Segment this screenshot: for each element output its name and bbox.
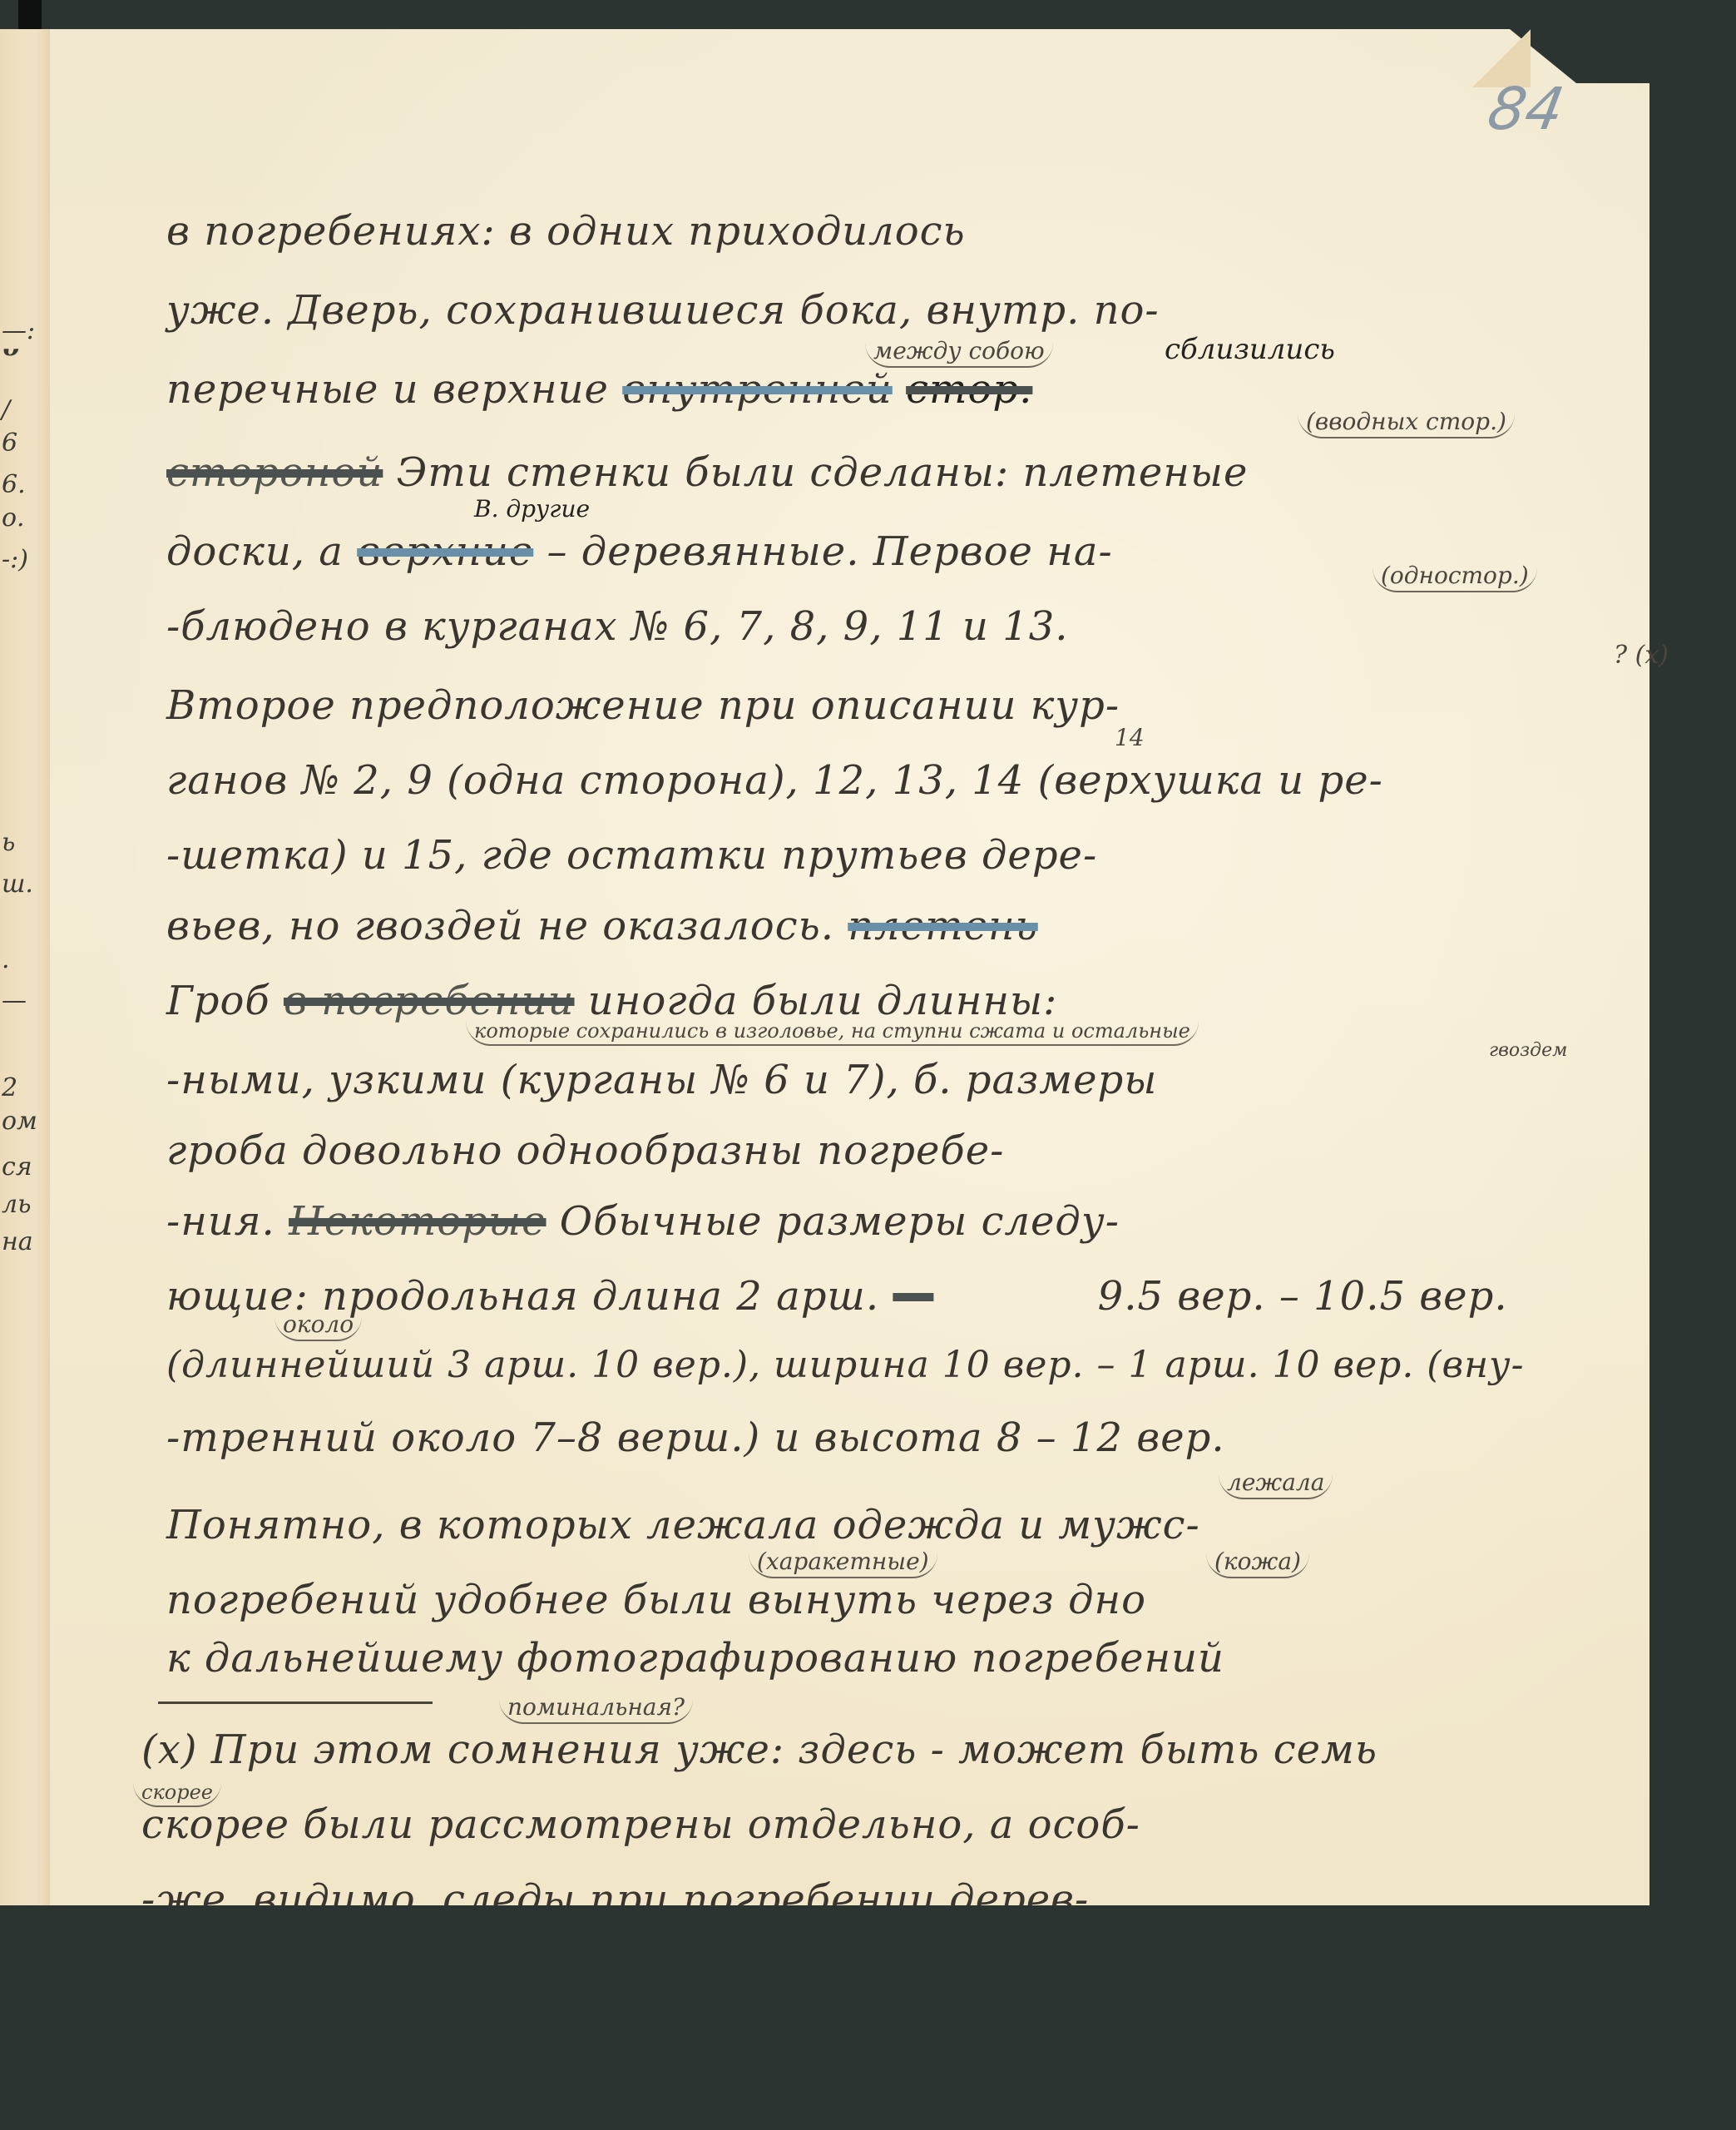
margin-fragment: ся: [2, 1152, 32, 1181]
margin-fragment: ль: [2, 1190, 31, 1219]
margin-fragment: ·: [2, 953, 10, 982]
struck-text: стороной: [166, 449, 383, 496]
line-text: скорее были рассмотрены отдельно, а особ…: [141, 1801, 1140, 1848]
line-text: Обычные размеры следу-: [560, 1198, 1120, 1245]
folio-number: 84: [1483, 75, 1570, 143]
manuscript-line: ганов № 2, 9 (одна сторона), 12, 13, 14 …: [166, 757, 1383, 804]
insertion-note: лежала: [1219, 1469, 1333, 1499]
margin-fragment: на: [2, 1227, 33, 1256]
line-text: (x) При этом сомнения уже: здесь - может…: [141, 1726, 1377, 1773]
line-text: 9.5 вер. – 10.5 вер.: [1098, 1273, 1508, 1320]
line-text: -ными, узкими (курганы № 6 и 7), б. разм…: [166, 1057, 1157, 1103]
line-text: иногда были длинны:: [588, 978, 1058, 1024]
struck-text: стор.: [906, 366, 1032, 413]
insertion-note: (кожа): [1206, 1548, 1309, 1578]
margin-fragment: о.: [2, 503, 25, 532]
manuscript-line: Гроб в погребении иногда были длинны:: [166, 978, 1057, 1024]
line-text: к дальнейшему фотографированию погребени…: [166, 1635, 1224, 1682]
line-text: -шетка) и 15, где остатки прутьев дере-: [166, 832, 1097, 879]
footnote-separator: [158, 1702, 433, 1704]
insertion-note: (харакетные): [749, 1548, 937, 1578]
margin-fragment: ом: [2, 1107, 37, 1136]
footnote-line: скорее были рассмотрены отдельно, а особ…: [141, 1801, 1140, 1848]
previous-page-margin: —: ᴗ / 6 6. о. -:) ь ш. · — 2 ом ся ль н…: [0, 29, 53, 2009]
insertion-note: которые сохранились в изголовье, на ступ…: [466, 1019, 1199, 1046]
struck-text: внутренней: [622, 366, 893, 413]
manuscript-line: стороной Эти стенки были сделаны: плетен…: [166, 449, 1248, 496]
scan-background-bottom: [0, 1905, 1736, 2130]
manuscript-line: -блюдено в курганах № 6, 7, 8, 9, 11 и 1…: [166, 603, 1069, 650]
margin-fragment: -:): [2, 545, 28, 574]
insertion-note: поминальная?: [499, 1693, 693, 1724]
line-text: Эти стенки были сделаны: плетеные: [397, 449, 1249, 496]
margin-fragment: /: [2, 395, 10, 424]
insertion-note: сблизились: [1156, 333, 1343, 368]
margin-fragment: ᴗ: [2, 333, 18, 362]
line-text: (длиннейший 3 арш. 10 вер.), ширина 10 в…: [166, 1344, 1524, 1386]
line-text: Гроб: [166, 978, 270, 1024]
manuscript-line: -ными, узкими (курганы № 6 и 7), б. разм…: [166, 1057, 1157, 1103]
manuscript-line: -ния. Некоторые Обычные размеры следу-: [166, 1198, 1120, 1245]
manuscript-line: перечные и верхние внутренней стор.: [166, 366, 1032, 413]
line-text: Второе предположение при описании кур-: [166, 682, 1120, 729]
insertion-note: (вводных стор.): [1298, 408, 1515, 438]
manuscript-line: доски, а верхние – деревянные. Первое на…: [166, 528, 1113, 575]
manuscript-line: (длиннейший 3 арш. 10 вер.), ширина 10 в…: [166, 1344, 1524, 1386]
margin-fragment: —: [2, 986, 27, 1015]
insertion-note: между собою: [865, 337, 1053, 368]
insertion-note: ? (x): [1605, 641, 1677, 671]
margin-fragment: 2: [2, 1073, 17, 1102]
manuscript-line: вьев, но гвоздей не оказалось. плетень: [166, 903, 1038, 949]
line-text: погребений удобнее были вынуть через дно: [166, 1577, 1146, 1623]
line-text: уже. Дверь, сохранившиеся бока, внутр. п…: [166, 287, 1160, 334]
manuscript-line: погребений удобнее были вынуть через дно: [166, 1577, 1146, 1623]
manuscript-line: Понятно, в которых лежала одежда и мужс-: [166, 1502, 1200, 1548]
line-text: доски, а: [166, 528, 344, 575]
scan-background-edge: [1649, 29, 1693, 1905]
insertion-note: (одностор.): [1372, 562, 1537, 592]
line-text: -ния.: [166, 1198, 275, 1245]
manuscript-line: к дальнейшему фотографированию погребени…: [166, 1635, 1224, 1682]
margin-fragment: 6: [2, 428, 17, 458]
struck-text: Некоторые: [289, 1198, 546, 1245]
margin-fragment: 6.: [2, 470, 26, 499]
struck-text: в погребении: [284, 978, 575, 1024]
manuscript-line: -шетка) и 15, где остатки прутьев дере-: [166, 832, 1097, 879]
manuscript-line: Второе предположение при описании кур-: [166, 682, 1120, 729]
line-text: перечные и верхние: [166, 366, 609, 413]
manuscript-line: в погребениях: в одних приходилось: [166, 208, 966, 255]
insertion-note: В. другие: [466, 495, 598, 524]
struck-text: верхние: [357, 528, 533, 575]
footnote-line: (x) При этом сомнения уже: здесь - может…: [141, 1726, 1377, 1773]
margin-fragment: ь: [2, 828, 15, 857]
insertion-note: около: [274, 1310, 362, 1341]
insertion-note: гвоздем: [1481, 1040, 1575, 1063]
line-text: ющие: продольная длина 2 арш.: [166, 1273, 879, 1320]
line-text: Понятно, в которых лежала одежда и мужс-: [166, 1502, 1200, 1548]
line-text: -тренний около 7–8 верш.) и высота 8 – 1…: [166, 1414, 1225, 1461]
manuscript-line: -тренний около 7–8 верш.) и высота 8 – 1…: [166, 1414, 1225, 1461]
struck-text: —: [893, 1273, 1084, 1320]
line-text: – деревянные. Первое на-: [547, 528, 1113, 575]
line-text: вьев, но гвоздей не оказалось.: [166, 903, 834, 949]
margin-fragment: ш.: [2, 869, 33, 899]
struck-text: плетень: [848, 903, 1038, 949]
line-text: -блюдено в курганах № 6, 7, 8, 9, 11 и 1…: [166, 603, 1069, 650]
line-text: гроба довольно однообразны погребе-: [166, 1127, 1004, 1174]
manuscript-line: ющие: продольная длина 2 арш. — 9.5 вер.…: [166, 1273, 1508, 1320]
manuscript-line: уже. Дверь, сохранившиеся бока, внутр. п…: [166, 287, 1160, 334]
manuscript-line: гроба довольно однообразны погребе-: [166, 1127, 1004, 1174]
line-text: в погребениях: в одних приходилось: [166, 208, 966, 255]
line-text: ганов № 2, 9 (одна сторона), 12, 13, 14 …: [166, 757, 1383, 804]
